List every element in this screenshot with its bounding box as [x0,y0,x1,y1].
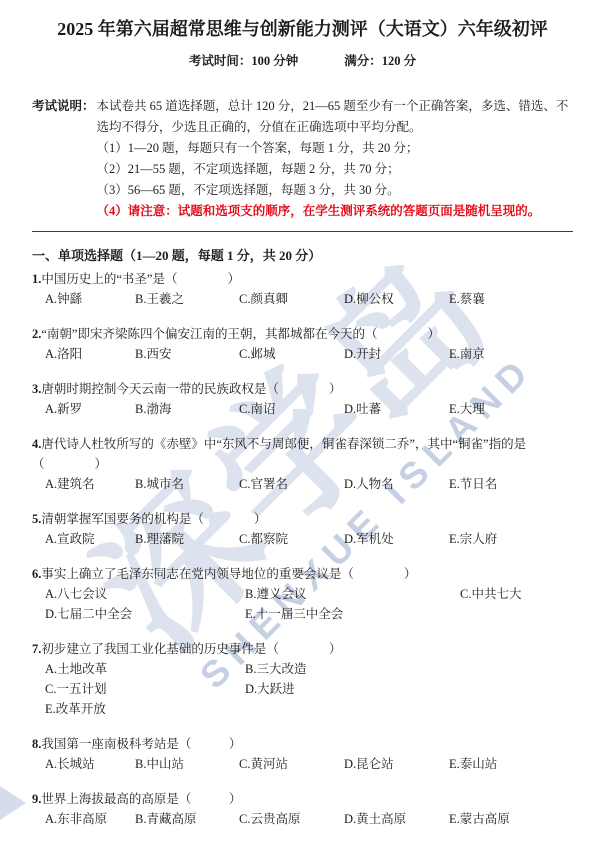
option-item: E.泰山站 [449,754,573,774]
option-item: C.南诏 [239,399,344,419]
option-item: D.开封 [344,344,449,364]
full-score-label: 满分：120 分 [344,51,416,69]
question-number: 2. [32,327,41,341]
option-item: E.蔡襄 [449,289,573,309]
question-number: 6. [32,567,41,581]
option-item: C.云贵高原 [239,809,344,829]
instructions-body: 本试卷共 65 道选择题，总计 120 分，21—65 题至少有一个正确答案，多… [97,96,573,222]
question-number: 9. [32,792,41,806]
option-item: B.三大改造 [245,659,573,679]
option-item: A.东非高原 [45,809,135,829]
option-item: D.黄土高原 [344,809,449,829]
option-item: E.改革开放 [45,699,245,719]
question-2: 2.“南朝”即宋齐梁陈四个偏安江南的王朝，其都城都在今天的（ ） A.洛阳 B.… [32,324,573,364]
watermark-corner-shape [0,786,26,820]
option-item: C.一五计划 [45,679,245,699]
question-8: 8.我国第一座南极科考站是（ ） A.长城站 B.中山站 C.黄河站 D.昆仑站… [32,734,573,774]
question-1: 1.中国历史上的“书圣”是（ ） A.钟繇 B.王羲之 C.颜真卿 D.柳公权 … [32,269,573,309]
option-item: D.军机处 [344,529,449,549]
exam-meta: 考试时间：100 分钟 满分：120 分 [32,51,573,69]
question-text: 3.唐朝时期控制今天云南一带的民族政权是（ ） [32,379,573,399]
option-item: C.都察院 [239,529,344,549]
option-item: D.吐蕃 [344,399,449,419]
option-item: A.长城站 [45,754,135,774]
option-item: B.遵义会议 [245,584,460,604]
question-options: A.新罗 B.渤海 C.南诏 D.吐蕃 E.大理 [32,399,573,419]
option-item: A.钟繇 [45,289,135,309]
question-4: 4.唐代诗人杜牧所写的《赤壁》中“东风不与周郎便，铜雀春深锁二乔”，其中“铜雀”… [32,434,573,494]
exam-time-label: 考试时间：100 分钟 [189,51,298,69]
question-options: A.洛阳 B.西安 C.邺城 D.开封 E.南京 [32,344,573,364]
option-item: A.新罗 [45,399,135,419]
exam-instructions: 考试说明： 本试卷共 65 道选择题，总计 120 分，21—65 题至少有一个… [32,96,573,222]
question-number: 5. [32,512,41,526]
question-options: A.土地改革 B.三大改造 C.一五计划 D.大跃进 E.改革开放 [32,659,573,719]
option-item: D.人物名 [344,474,449,494]
instructions-label: 考试说明： [32,96,95,222]
question-5: 5.清朝掌握军国要务的机构是（ ） A.宣政院 B.理藩院 C.都察院 D.军机… [32,509,573,549]
question-options: A.建筑名 B.城市名 C.官署名 D.人物名 E.节日名 [32,474,573,494]
option-item: D.大跃进 [245,679,573,699]
question-options: A.长城站 B.中山站 C.黄河站 D.昆仑站 E.泰山站 [32,754,573,774]
option-item: C.官署名 [239,474,344,494]
option-item: A.八七会议 [45,584,245,604]
question-text: 9.世界上海拔最高的高原是（ ） [32,789,573,809]
question-text: 6.事实上确立了毛泽东同志在党内领导地位的重要会议是（ ） [32,564,573,584]
question-number: 7. [32,642,41,656]
option-item: A.土地改革 [45,659,245,679]
instruction-item-3: （3）56—65 题，不定项选择题，每题 3 分，共 30 分。 [97,180,573,201]
option-item: E.大理 [449,399,573,419]
question-3: 3.唐朝时期控制今天云南一带的民族政权是（ ） A.新罗 B.渤海 C.南诏 D… [32,379,573,419]
question-text: 5.清朝掌握军国要务的机构是（ ） [32,509,573,529]
option-item: B.西安 [135,344,239,364]
section-heading: 一、单项选择题（1—20 题，每题 1 分，共 20 分） [32,245,573,266]
option-item: A.洛阳 [45,344,135,364]
option-item: A.宣政院 [45,529,135,549]
page-title: 2025 年第六届超常思维与创新能力测评（大语文）六年级初评 [32,16,573,42]
instruction-item-2: （2）21—55 题，不定项选择题，每题 2 分，共 70 分； [97,159,573,180]
option-item: E.蒙古高原 [449,809,573,829]
option-item: D.昆仑站 [344,754,449,774]
question-number: 4. [32,437,41,451]
exam-page: 深学岛 SHENXUE ISLAND 2025 年第六届超常思维与创新能力测评（… [0,0,605,852]
option-item: E.宗人府 [449,529,573,549]
question-6: 6.事实上确立了毛泽东同志在党内领导地位的重要会议是（ ） A.八七会议 B.遵… [32,564,573,624]
question-options: A.宣政院 B.理藩院 C.都察院 D.军机处 E.宗人府 [32,529,573,549]
option-item: E.节日名 [449,474,573,494]
option-item: B.王羲之 [135,289,239,309]
option-item: C.黄河站 [239,754,344,774]
question-options: A.东非高原 B.青藏高原 C.云贵高原 D.黄土高原 E.蒙古高原 [32,809,573,829]
instructions-notice: （4）请注意：试题和选项支的顺序，在学生测评系统的答题页面是随机呈现的。 [97,201,573,222]
option-item: A.建筑名 [45,474,135,494]
question-number: 3. [32,382,41,396]
option-item: E.十一届三中全会 [245,604,460,624]
instructions-intro: 本试卷共 65 道选择题，总计 120 分，21—65 题至少有一个正确答案，多… [97,96,573,138]
instruction-item-1: （1）1—20 题，每题只有一个答案，每题 1 分，共 20 分； [97,138,573,159]
option-item: C.邺城 [239,344,344,364]
option-item: C.中共七大 [460,584,573,604]
question-options: A.八七会议 B.遵义会议 C.中共七大 D.七届二中全会 E.十一届三中全会 [32,584,573,624]
question-9: 9.世界上海拔最高的高原是（ ） A.东非高原 B.青藏高原 C.云贵高原 D.… [32,789,573,829]
question-text: 2.“南朝”即宋齐梁陈四个偏安江南的王朝，其都城都在今天的（ ） [32,324,573,344]
question-text: 8.我国第一座南极科考站是（ ） [32,734,573,754]
question-text: 7.初步建立了我国工业化基础的历史事件是（ ） [32,639,573,659]
option-item: B.理藩院 [135,529,239,549]
option-item: B.城市名 [135,474,239,494]
section-divider [32,231,573,232]
question-number: 8. [32,737,41,751]
question-number: 1. [32,272,41,286]
option-item: B.青藏高原 [135,809,239,829]
question-options: A.钟繇 B.王羲之 C.颜真卿 D.柳公权 E.蔡襄 [32,289,573,309]
question-7: 7.初步建立了我国工业化基础的历史事件是（ ） A.土地改革 B.三大改造 C.… [32,639,573,719]
question-text: 4.唐代诗人杜牧所写的《赤壁》中“东风不与周郎便，铜雀春深锁二乔”，其中“铜雀”… [32,434,573,474]
option-item: E.南京 [449,344,573,364]
option-item: D.柳公权 [344,289,449,309]
option-item: D.七届二中全会 [45,604,245,624]
option-item: C.颜真卿 [239,289,344,309]
exam-content: 2025 年第六届超常思维与创新能力测评（大语文）六年级初评 考试时间：100 … [32,16,573,829]
option-item: B.渤海 [135,399,239,419]
question-text: 1.中国历史上的“书圣”是（ ） [32,269,573,289]
option-item: B.中山站 [135,754,239,774]
